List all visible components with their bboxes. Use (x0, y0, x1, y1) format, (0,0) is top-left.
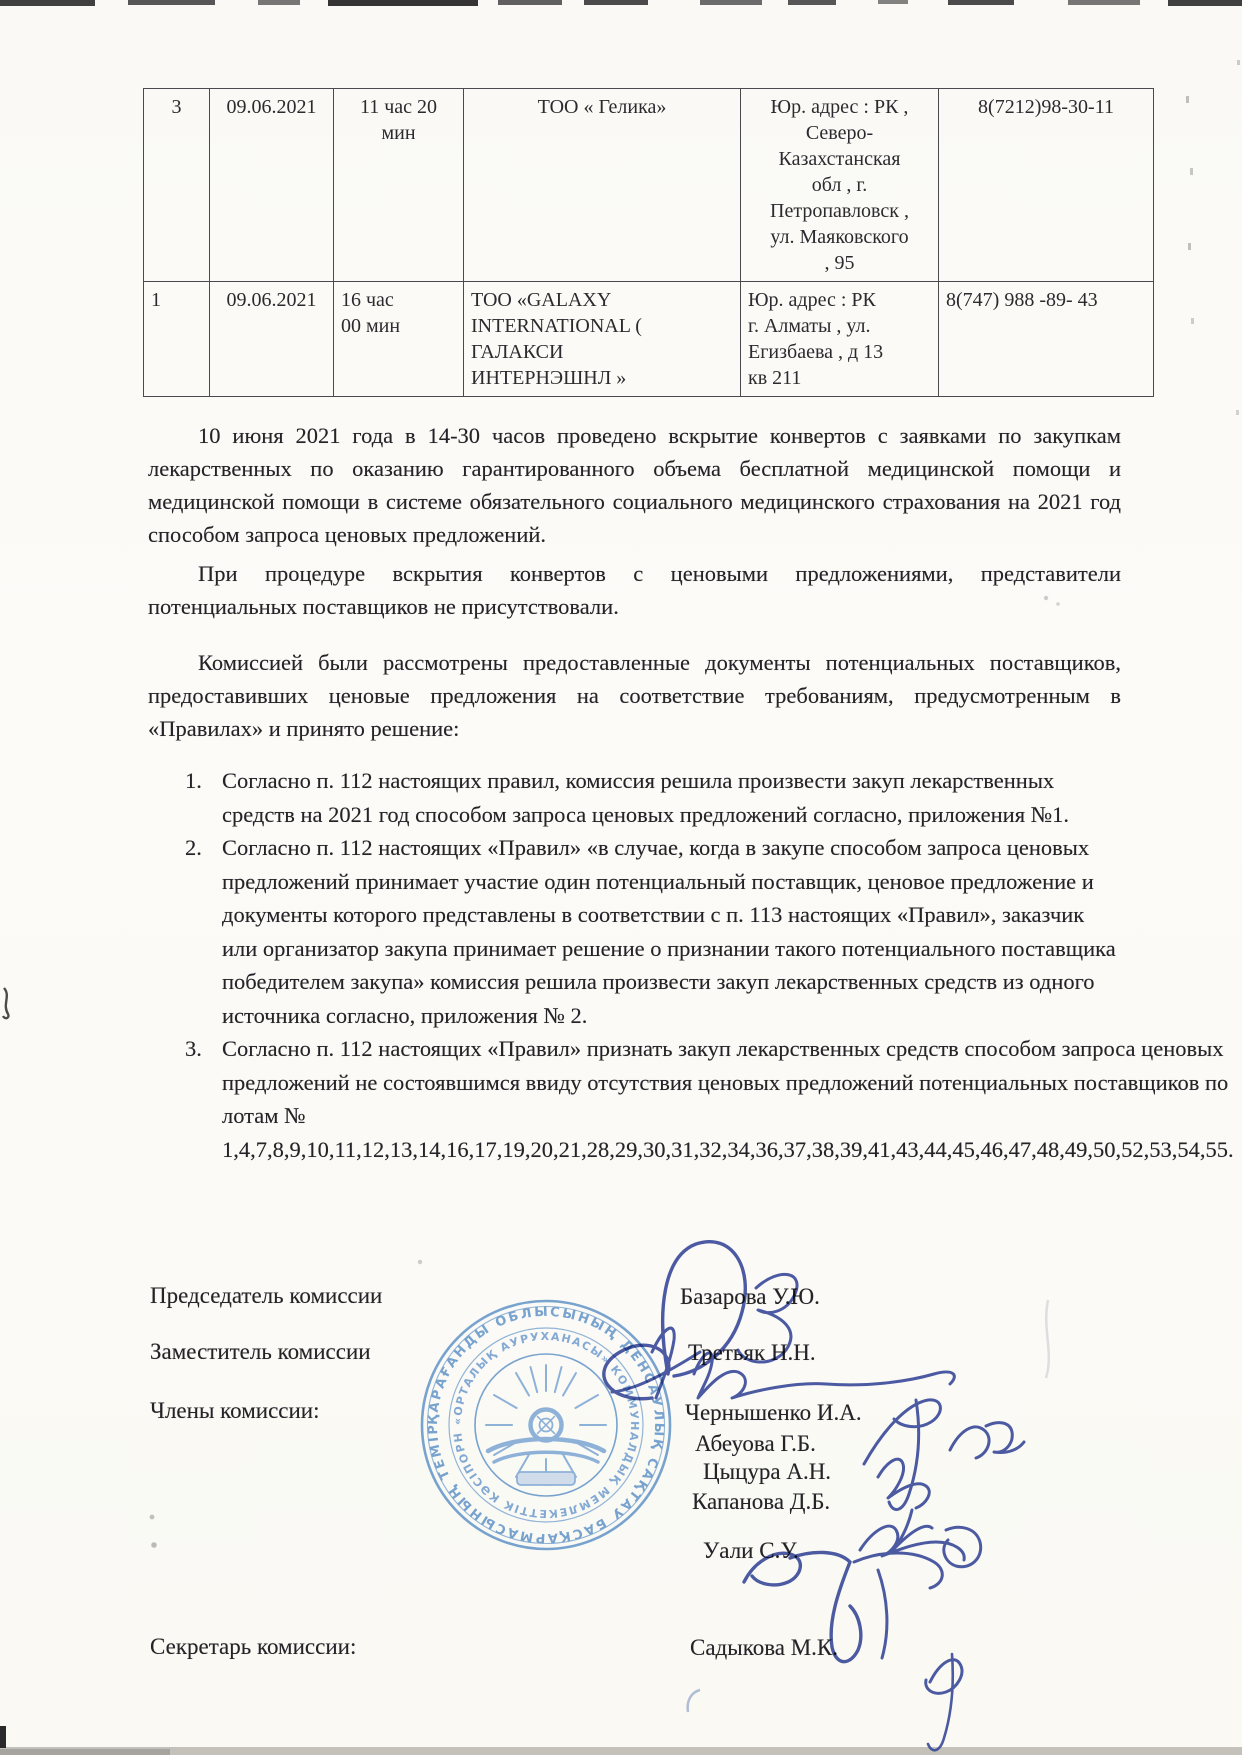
signature-member-abeuova (950, 1423, 1024, 1458)
secretary-name: Садыкова М.К. (690, 1635, 838, 1661)
cell-supplier-name: ТОО «GALAXY INTERNATIONAL ( ГАЛАКСИ ИНТЕ… (464, 282, 741, 397)
cell-time: 16 час 00 мин (334, 282, 464, 397)
member-name: Капанова Д.Б. (692, 1489, 830, 1515)
decision-item-number: 3. (185, 1032, 222, 1166)
secretary-label: Секретарь комиссии: (150, 1634, 356, 1660)
member-name: Уали С.У. (703, 1538, 799, 1564)
cell-date: 09.06.2021 (210, 89, 334, 282)
table-row: 3 09.06.2021 11 час 20 мин ТОО « Гелика»… (144, 89, 1154, 282)
decision-item-text: Согласно п. 112 настоящих правил, комисс… (222, 764, 1121, 831)
decision-item-number: 1. (185, 764, 222, 831)
decision-item: 1. Согласно п. 112 настоящих правил, ком… (185, 764, 1121, 831)
stamp-emblem (486, 1365, 606, 1485)
round-seal-stamp: ҚАРАҒАНДЫ ОБЛЫСЫНЫҢ ДЕНСАУЛЫҚ САҚТАУ БАС… (406, 1285, 686, 1565)
member-name: Абеуова Г.Б. (695, 1431, 816, 1457)
decision-item-text: Согласно п. 112 настоящих «Правил» призн… (222, 1032, 1234, 1166)
decision-list: 1. Согласно п. 112 настоящих правил, ком… (148, 764, 1121, 1166)
decision-item: 3. Согласно п. 112 настоящих «Правил» пр… (185, 1032, 1121, 1166)
scanned-document-page: 3 09.06.2021 11 час 20 мин ТОО « Гелика»… (0, 0, 1242, 1755)
member-name: Чернышенко И.А. (685, 1400, 862, 1426)
paragraph-procedure: При процедуре вскрытия конвертов с ценов… (148, 557, 1121, 623)
cell-phone: 8(747) 988 -89- 43 (939, 282, 1154, 397)
decision-item: 2. Согласно п. 112 настоящих «Правил» «в… (185, 831, 1121, 1032)
cell-time: 11 час 20 мин (334, 89, 464, 282)
decision-item-text: Согласно п. 112 настоящих «Правил» «в сл… (222, 831, 1121, 1032)
deputy-label: Заместитель комиссии (150, 1339, 371, 1365)
signature-member-kapanova (860, 1526, 981, 1567)
cell-legal-address: Юр. адрес : РК , Северо- Казахстанская о… (741, 89, 939, 282)
paragraph-commission: Комиссией были рассмотрены предоставленн… (148, 646, 1121, 745)
cell-phone: 8(7212)98-30-11 (939, 89, 1154, 282)
paragraph-opening: 10 июня 2021 года в 14-30 часов проведен… (148, 419, 1121, 551)
scan-edge-top (0, 0, 1242, 6)
signature-member-tsytsura (878, 1459, 932, 1550)
deputy-name: Третьяк Н.Н. (688, 1340, 816, 1366)
suppliers-table: 3 09.06.2021 11 час 20 мин ТОО « Гелика»… (143, 88, 1154, 397)
decision-item-number: 2. (185, 831, 222, 1032)
cell-supplier-name: ТОО « Гелика» (464, 89, 741, 282)
cell-legal-address: Юр. адрес : РК г. Алматы , ул. Егизбаева… (741, 282, 939, 397)
members-label: Члены комиссии: (150, 1398, 320, 1424)
scan-edge-bottom (0, 1726, 1242, 1755)
table-row: 1 09.06.2021 16 час 00 мин ТОО «GALAXY I… (144, 282, 1154, 397)
chairman-label: Председатель комиссии (150, 1283, 382, 1309)
chairman-name: Базарова У.Ю. (680, 1284, 820, 1310)
document-body: 10 июня 2021 года в 14-30 часов проведен… (148, 419, 1121, 1166)
signature-member-chernyshenko (864, 1400, 940, 1510)
member-name: Цыцура А.Н. (703, 1459, 831, 1485)
cell-order-number: 1 (144, 282, 210, 397)
cell-date: 09.06.2021 (210, 282, 334, 397)
cell-order-number: 3 (144, 89, 210, 282)
signature-secretary (926, 1654, 962, 1750)
